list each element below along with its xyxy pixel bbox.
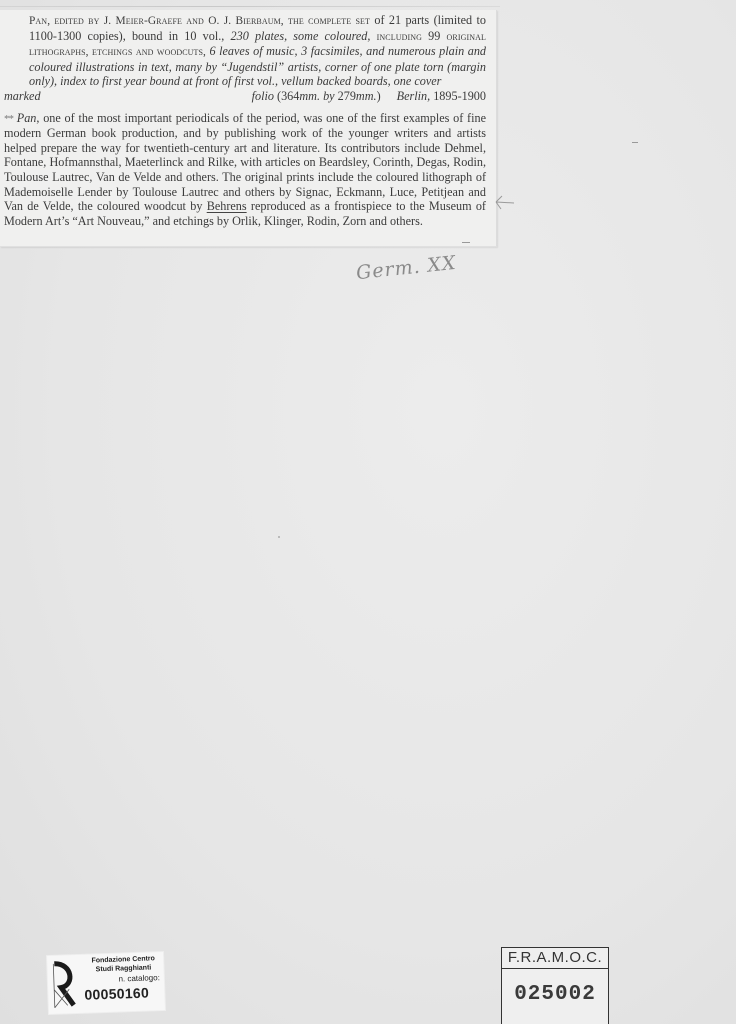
pencil-arrow-mark-icon <box>494 192 516 212</box>
asterisks-icon: ** <box>4 113 13 125</box>
catalog-label-text: Fondazione Centro Studi Ragghianti n. ca… <box>83 954 165 1003</box>
scan-speck <box>462 242 470 243</box>
framoc-stamp: F.R.A.M.O.C. 025002 <box>501 947 609 1024</box>
framoc-stamp-code: 025002 <box>502 983 608 1006</box>
entry-note: ** Pan, one of the most important period… <box>4 111 486 229</box>
framoc-stamp-header: F.R.A.M.O.C. <box>502 948 608 969</box>
entry-place: Berlin, <box>397 89 431 103</box>
entry-title: Pan, edited by J. Meier-Graefe and O. J.… <box>29 15 370 27</box>
scan-speck <box>278 536 280 538</box>
entry-description: Pan, edited by J. Meier-Graefe and O. J.… <box>4 13 486 89</box>
entry-years: 1895-1900 <box>430 89 486 103</box>
entry-imprint-line: marked folio (364mm. by 279mm.)Berlin, 1… <box>4 89 486 104</box>
catalog-clipping: Pan, edited by J. Meier-Graefe and O. J.… <box>0 10 497 247</box>
entry-imprint: folio (364mm. by 279mm.)Berlin, 1895-190… <box>252 89 486 104</box>
catalog-number: 00050160 <box>84 984 165 1003</box>
card-top-edge <box>0 6 500 7</box>
underlined-name: Behrens <box>207 199 247 213</box>
catalog-entry: Pan, edited by J. Meier-Graefe and O. J.… <box>4 13 486 228</box>
scan-speck <box>632 142 638 143</box>
catalog-label: Fondazione Centro Studi Ragghianti n. ca… <box>47 952 165 1014</box>
ragghianti-r-logo-icon <box>50 959 78 1010</box>
